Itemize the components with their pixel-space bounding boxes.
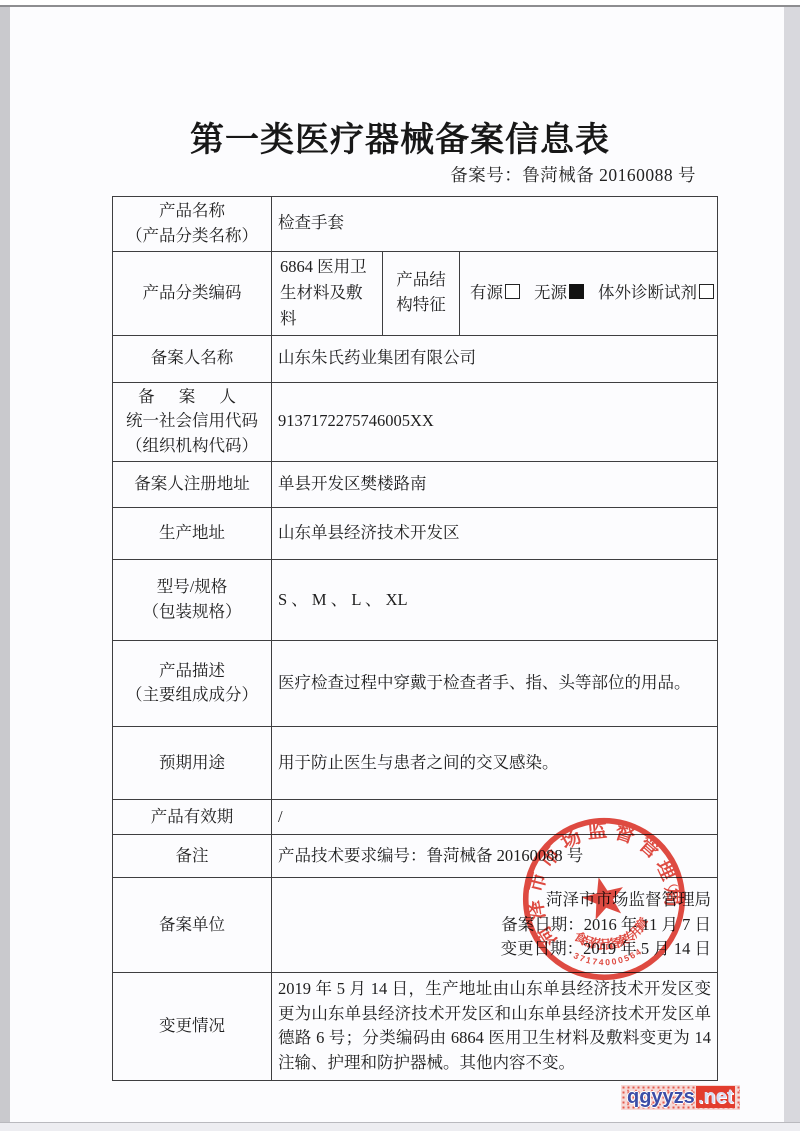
table-row: 备案单位 菏泽市市场监督管理局 备案日期：2016 年 11 月 7 日 变更日… <box>113 877 718 972</box>
filing-info-table: 产品名称 （产品分类名称） 检查手套 产品分类编码 6864 医用卫生材料及敷料… <box>112 196 718 1081</box>
site-watermark: qgyyzs.net <box>621 1085 740 1110</box>
filing-date: 备案日期：2016 年 11 月 7 日 <box>278 913 711 938</box>
credit-code-value: 9137172275746005XX <box>272 382 718 461</box>
checkbox-ivd-unchecked <box>699 284 714 299</box>
shelf-life-value: / <box>272 799 718 834</box>
record-number: 备案号：鲁菏械备 20160088 号 <box>450 162 696 187</box>
classification-code-value: 6864 医用卫生材料及敷料 <box>272 251 383 335</box>
row-label-production-address: 生产地址 <box>113 507 272 559</box>
option-passive-label: 无源 <box>534 283 567 302</box>
table-row: 生产地址 山东单县经济技术开发区 <box>113 507 718 559</box>
table-row: 型号/规格 （包装规格） S 、 M 、 L 、 XL <box>113 559 718 640</box>
table-row: 备注 产品技术要求编号：鲁菏械备 20160088 号 <box>113 834 718 877</box>
model-spec-value: S 、 M 、 L 、 XL <box>272 559 718 640</box>
structure-feature-label: 产品结构特征 <box>383 251 460 335</box>
product-name-value: 检查手套 <box>272 197 718 252</box>
row-label-remarks: 备注 <box>113 834 272 877</box>
document-title: 第一类医疗器械备案信息表 <box>0 112 800 161</box>
row-label-filer-name: 备案人名称 <box>113 335 272 382</box>
table-row: 产品有效期 / <box>113 799 718 834</box>
intended-use-value: 用于防止医生与患者之间的交叉感染。 <box>272 726 718 799</box>
option-ivd-label: 体外诊断试剂 <box>598 283 697 302</box>
scan-edge-top-line <box>0 5 800 7</box>
table-row: 产品分类编码 6864 医用卫生材料及敷料 产品结构特征 有源无源体外诊断试剂 <box>113 251 718 335</box>
table-row: 变更情况 2019 年 5 月 14 日，生产地址由山东单县经济技术开发区变更为… <box>113 972 718 1080</box>
structure-feature-options: 有源无源体外诊断试剂 <box>460 251 718 335</box>
remarks-value: 产品技术要求编号：鲁菏械备 20160088 号 <box>272 834 718 877</box>
checkbox-passive-checked <box>569 284 584 299</box>
row-label-filing-authority: 备案单位 <box>113 877 272 972</box>
option-active-label: 有源 <box>470 283 503 302</box>
watermark-text: qgyyzs <box>627 1086 695 1108</box>
table-row: 产品描述 （主要组成成分） 医疗检查过程中穿戴于检查者手、指、头等部位的用品。 <box>113 640 718 726</box>
filer-name-value: 山东朱氏药业集团有限公司 <box>272 335 718 382</box>
registered-address-value: 单县开发区樊楼路南 <box>272 461 718 507</box>
row-label-product-name: 产品名称 （产品分类名称） <box>113 197 272 252</box>
scan-edge-left <box>0 7 10 1131</box>
scan-edge-right <box>784 7 800 1131</box>
row-label-product-description: 产品描述 （主要组成成分） <box>113 640 272 726</box>
watermark-suffix: .net <box>696 1086 736 1108</box>
table-row: 备 案 人 统一社会信用代码 （组织机构代码） 9137172275746005… <box>113 382 718 461</box>
table-row: 产品名称 （产品分类名称） 检查手套 <box>113 197 718 252</box>
scan-edge-bottom <box>0 1122 800 1131</box>
checkbox-active-unchecked <box>505 284 520 299</box>
change-info-value: 2019 年 5 月 14 日，生产地址由山东单县经济技术开发区变更为山东单县经… <box>272 972 718 1080</box>
row-label-registered-address: 备案人注册地址 <box>113 461 272 507</box>
filing-authority-cell: 菏泽市市场监督管理局 备案日期：2016 年 11 月 7 日 变更日期：201… <box>272 877 718 972</box>
row-label-model-spec: 型号/规格 （包装规格） <box>113 559 272 640</box>
production-address-value: 山东单县经济技术开发区 <box>272 507 718 559</box>
table-row: 备案人注册地址 单县开发区樊楼路南 <box>113 461 718 507</box>
row-label-classification-code: 产品分类编码 <box>113 251 272 335</box>
table-row: 预期用途 用于防止医生与患者之间的交叉感染。 <box>113 726 718 799</box>
filing-authority-name: 菏泽市市场监督管理局 <box>278 888 711 913</box>
table-row: 备案人名称 山东朱氏药业集团有限公司 <box>113 335 718 382</box>
row-label-shelf-life: 产品有效期 <box>113 799 272 834</box>
row-label-credit-code: 备 案 人 统一社会信用代码 （组织机构代码） <box>113 382 272 461</box>
change-date: 变更日期：2019 年 5 月 14 日 <box>278 937 711 962</box>
product-description-value: 医疗检查过程中穿戴于检查者手、指、头等部位的用品。 <box>272 640 718 726</box>
row-label-intended-use: 预期用途 <box>113 726 272 799</box>
row-label-change-info: 变更情况 <box>113 972 272 1080</box>
